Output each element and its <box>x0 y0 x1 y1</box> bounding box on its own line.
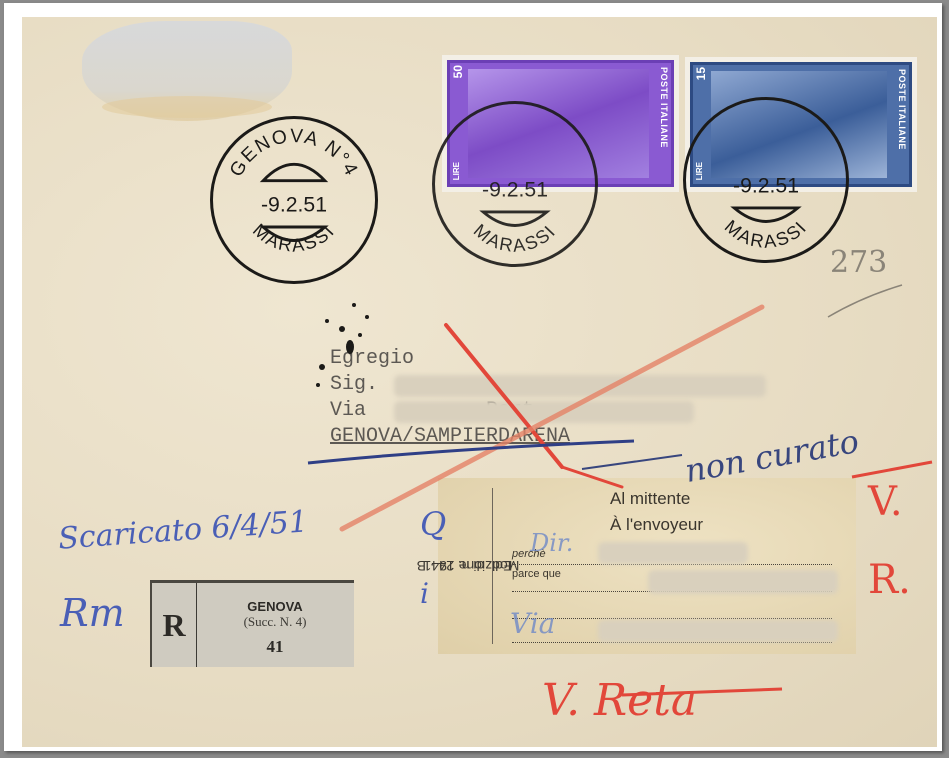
torn-paper-patch <box>82 21 292 121</box>
postmark-date: -9.2.51 <box>482 179 548 202</box>
postmark-date: -9.2.51 <box>261 194 327 217</box>
registration-branch: (Succ. N. 4) <box>196 614 354 630</box>
dotted-line <box>512 564 832 565</box>
red-stroke <box>852 462 932 477</box>
pencil-note: 273 <box>830 245 887 280</box>
image-frame: 50 LIRE POSTE ITALIANE 15 LIRE POSTE ITA… <box>4 3 942 751</box>
registration-letter: R <box>152 583 197 667</box>
dotted-line <box>512 618 832 619</box>
postmark-genova: GENOVA N°4 MARASSI -9.2.51 <box>210 116 378 284</box>
handwritten-r: R. <box>868 557 911 603</box>
postmark-bottom-text: MARASSI <box>249 219 339 256</box>
stamp-country: POSTE ITALIANE <box>897 69 907 150</box>
handwritten-dir: Dir. <box>530 529 573 557</box>
registration-number: 41 <box>196 637 354 657</box>
label-field-parce-que: parce que <box>512 568 561 580</box>
redaction <box>598 542 748 564</box>
registration-office: GENOVA <box>196 599 354 614</box>
envelope: 50 LIRE POSTE ITALIANE 15 LIRE POSTE ITA… <box>22 17 937 747</box>
label-title-french: À l'envoyeur <box>610 515 703 535</box>
handwritten-scaricato: Scaricato 6/4/51 <box>57 504 309 556</box>
address-line-1: Egregio <box>330 346 570 372</box>
svg-text:MARASSI: MARASSI <box>249 219 339 256</box>
label-form-number: Mod. di n. 24 · BEdizione 1941 <box>444 488 493 644</box>
stamp-country: POSTE ITALIANE <box>659 67 669 148</box>
address-block: Egregio Sig. ViaPert GENOVA/SAMPIERDAREN… <box>330 346 570 450</box>
form-edition: Edizione 1941 <box>424 558 513 574</box>
redaction <box>394 375 766 397</box>
registration-label: R GENOVA (Succ. N. 4) 41 <box>150 580 354 667</box>
return-to-sender-label: Mod. di n. 24 · BEdizione 1941 Al mitten… <box>438 478 856 654</box>
redaction <box>648 570 838 594</box>
handwritten-via: Via <box>510 607 555 640</box>
stamp-value: 15 <box>694 67 708 80</box>
blue-dash <box>582 455 682 469</box>
postmark-top-text: GENOVA N°4 <box>226 126 362 181</box>
handwritten-i: i <box>420 577 429 610</box>
handwritten-q: Q <box>420 505 446 543</box>
handwritten-initials: Rm <box>60 591 125 635</box>
svg-text:GENOVA N°4: GENOVA N°4 <box>226 126 362 181</box>
postmark-stamp-2: MARASSI -9.2.51 <box>683 97 849 263</box>
label-title-italian: Al mittente <box>610 489 690 509</box>
postmark-stamp-1: MARASSI -9.2.51 <box>432 101 598 267</box>
redaction <box>598 620 838 642</box>
stamp-value: 50 <box>451 65 465 78</box>
pencil-stroke <box>828 285 902 317</box>
handwritten-v: V. <box>868 479 903 525</box>
address-line-4: GENOVA/SAMPIERDARENA <box>330 424 570 450</box>
redaction <box>394 401 694 423</box>
dotted-line <box>512 642 832 643</box>
handwritten-v-reta: V. Reta <box>542 675 697 726</box>
postmark-date: -9.2.51 <box>733 175 799 198</box>
